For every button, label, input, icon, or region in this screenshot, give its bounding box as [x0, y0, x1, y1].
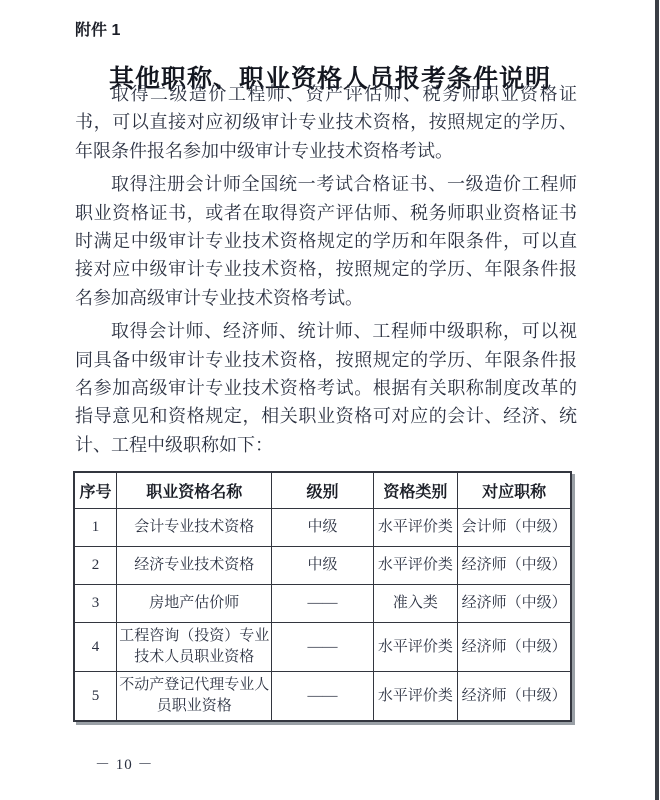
table-cell: 1	[74, 509, 116, 547]
table-cell: 经济师（中级）	[458, 585, 571, 623]
table-cell: 2	[74, 547, 116, 585]
table-cell: 准入类	[373, 585, 458, 623]
table-cell: 水平评价类	[373, 672, 458, 722]
table-cell: 会计专业技术资格	[116, 509, 272, 547]
table-cell: 经济师（中级）	[458, 623, 571, 672]
window-right-edge	[655, 0, 659, 800]
qualification-table: 序号 职业资格名称 级别 资格类别 对应职称 1会计专业技术资格中级水平评价类会…	[73, 471, 572, 722]
table-cell: 5	[74, 672, 116, 722]
page-number: － 10 －	[95, 753, 154, 774]
table-cell: 4	[74, 623, 116, 672]
table-cell: 不动产登记代理专业人员职业资格	[116, 672, 272, 722]
table-cell: 中级	[272, 547, 373, 585]
table-row: 4工程咨询（投资）专业技术人员职业资格——水平评价类经济师（中级）	[74, 623, 571, 672]
paragraph-1: 取得二级造价工程师、资产评估师、税务师职业资格证书，可以直接对应初级审计专业技术…	[75, 80, 577, 165]
table-cell: ——	[272, 672, 373, 722]
table-cell: 水平评价类	[373, 509, 458, 547]
paragraph-3: 取得会计师、经济师、统计师、工程师中级职称，可以视同具备中级审计专业技术资格，按…	[75, 317, 577, 459]
table-cell: 经济师（中级）	[458, 547, 571, 585]
table-cell: 3	[74, 585, 116, 623]
table-row: 5不动产登记代理专业人员职业资格——水平评价类经济师（中级）	[74, 672, 571, 722]
table-cell: 会计师（中级）	[458, 509, 571, 547]
document-page: 附件 1 其他职称、职业资格人员报考条件说明 取得二级造价工程师、资产评估师、税…	[0, 0, 660, 800]
table-cell: 水平评价类	[373, 547, 458, 585]
table-cell: 中级	[272, 509, 373, 547]
table-row: 3房地产估价师——准入类经济师（中级）	[74, 585, 571, 623]
table-cell: 水平评价类	[373, 623, 458, 672]
table-header-row: 序号 职业资格名称 级别 资格类别 对应职称	[74, 472, 571, 509]
col-header-serial: 序号	[74, 472, 116, 509]
col-header-qual-category: 资格类别	[373, 472, 458, 509]
attachment-label: 附件 1	[75, 17, 120, 40]
table-row: 2经济专业技术资格中级水平评价类经济师（中级）	[74, 547, 571, 585]
body-paragraphs: 取得二级造价工程师、资产评估师、税务师职业资格证书，可以直接对应初级审计专业技术…	[75, 80, 577, 464]
table-cell: 经济师（中级）	[458, 672, 571, 722]
table-cell: 房地产估价师	[116, 585, 272, 623]
table-cell: ——	[272, 623, 373, 672]
col-header-qual-name: 职业资格名称	[116, 472, 272, 509]
table-row: 1会计专业技术资格中级水平评价类会计师（中级）	[74, 509, 571, 547]
table-header: 序号 职业资格名称 级别 资格类别 对应职称	[74, 472, 571, 509]
table-body: 1会计专业技术资格中级水平评价类会计师（中级）2经济专业技术资格中级水平评价类经…	[74, 509, 571, 722]
table-cell: ——	[272, 585, 373, 623]
table-cell: 工程咨询（投资）专业技术人员职业资格	[116, 623, 272, 672]
paragraph-2: 取得注册会计师全国统一考试合格证书、一级造价工程师职业资格证书，或者在取得资产评…	[75, 170, 577, 312]
col-header-matching-title: 对应职称	[458, 472, 571, 509]
table-cell: 经济专业技术资格	[116, 547, 272, 585]
col-header-level: 级别	[272, 472, 373, 509]
